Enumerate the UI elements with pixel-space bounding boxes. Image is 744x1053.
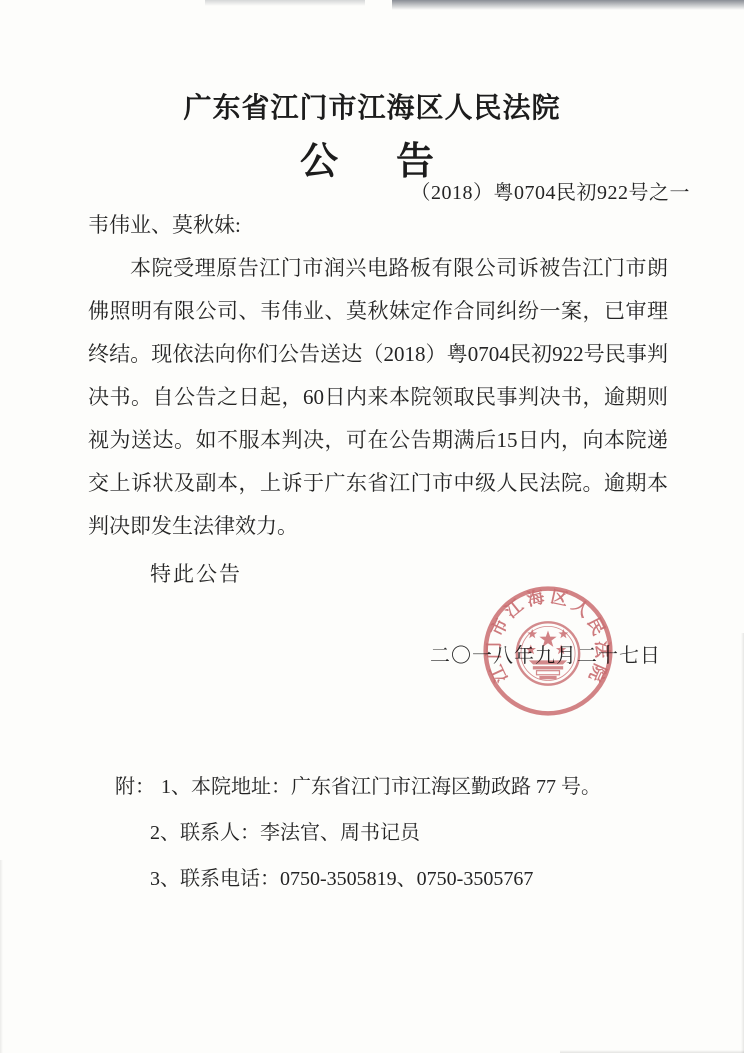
attachment-notes: 附：1、本院地址：广东省江门市江海区勤政路 77 号。 2、联系人：李法官、周书… [115,764,655,902]
salutation: 韦伟业、莫秋妹: [88,204,668,247]
note-line-contacts: 2、联系人：李法官、周书记员 [115,810,655,856]
svg-text:江门市江海区人民法院: 江门市江海区人民法院 [484,586,613,685]
notes-prefix: 附： [115,776,155,798]
document-date: 二〇一八年九月二十七日 [430,639,661,668]
scan-artifact-top-band [392,0,744,10]
scan-artifact-top-smudge [205,0,365,6]
seal-arc-text: 江门市江海区人民法院 [484,586,613,685]
court-name-heading: 广东省江门市江海区人民法院 [0,86,744,126]
note-line-phones: 3、联系电话：0750-3505819、0750-3505767 [115,856,655,902]
note-address-text: 1、本院地址：广东省江门市江海区勤政路 77 号。 [161,776,601,798]
note-line-address: 附：1、本院地址：广东省江门市江海区勤政路 77 号。 [115,764,655,810]
scan-artifact-left-edge [0,860,3,1053]
scanned-court-announcement-page: 广东省江门市江海区人民法院 公 告 （2018）粤0704民初922号之一 韦伟… [0,0,744,1053]
announcement-body: 韦伟业、莫秋妹: 本院受理原告江门市润兴电路板有限公司诉被告江门市朗佛照明有限公… [88,204,668,548]
closing-phrase: 特此公告 [150,558,242,588]
body-paragraph: 本院受理原告江门市润兴电路板有限公司诉被告江门市朗佛照明有限公司、韦伟业、莫秋妹… [88,247,668,548]
case-number: （2018）粤0704民初922号之一 [411,176,691,205]
